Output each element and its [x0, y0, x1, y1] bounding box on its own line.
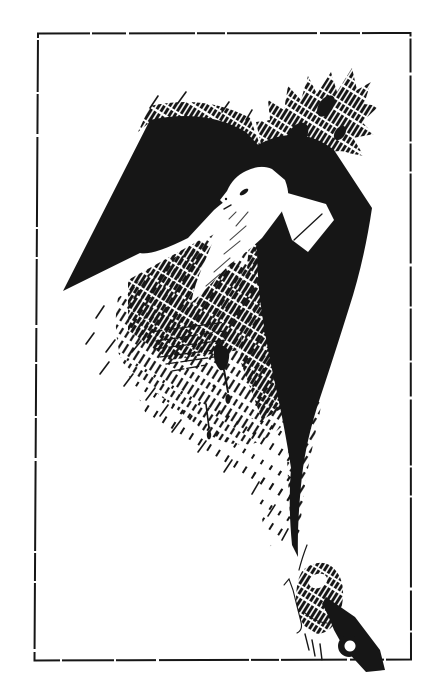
book-illustration-page: Pen-and-ink book illustration: a man ree… — [0, 0, 448, 700]
ink-illustration: Pen-and-ink book illustration: a man ree… — [0, 0, 448, 700]
nostril-mark — [225, 198, 227, 200]
trigger-guard-hole — [345, 641, 356, 652]
